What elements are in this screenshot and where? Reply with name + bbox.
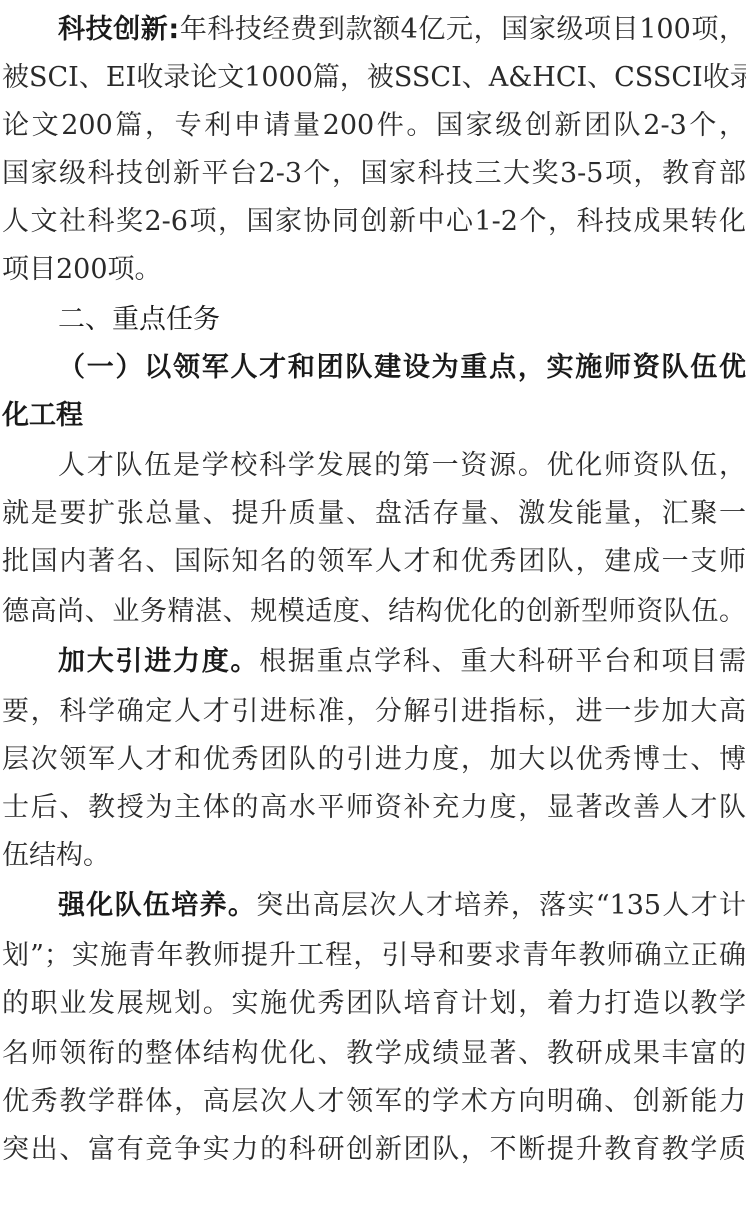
recruit-line-4: 士后、教授为主体的高水平师资补充力度，显著改善人才队 <box>2 788 746 828</box>
kpi-line-4: 国家级科技创新平台2-3个，国家科技三大奖3-5项，教育部 <box>2 154 746 194</box>
training-label: 强化队伍培养。 <box>58 890 256 921</box>
training-line-5: 优秀教学群体，高层次人才领军的学术方向明确、创新能力 <box>2 1082 746 1122</box>
recruit-label: 加大引进力度。 <box>58 646 259 677</box>
recruit-text: 根据重点学科、重大科研平台和项目需 <box>259 646 746 677</box>
kpi-line-2: 被SCI、EI收录论文1000篇，被SSCI、A&HCI、CSSCI收录 <box>2 58 746 98</box>
kpi-line-3: 论文200篇，专利申请量200件。国家级创新团队2-3个， <box>2 106 746 146</box>
training-line-4: 名师领衔的整体结构优化、教学成绩显著、教研成果丰富的 <box>2 1034 746 1074</box>
subsection-heading-line-2: 化工程 <box>2 396 746 436</box>
subsection-heading-line-1: （一）以领军人才和团队建设为重点，实施师资队伍优 <box>58 348 746 388</box>
kpi-text: 年科技经费到款额4亿元，国家级项目100项， <box>179 14 746 45</box>
training-line-1: 强化队伍培养。突出高层次人才培养，落实“135人才计 <box>58 886 746 926</box>
kpi-line-6: 项目200项。 <box>2 250 746 290</box>
recruit-line-2: 要，科学确定人才引进标准，分解引进指标，进一步加大高 <box>2 692 746 732</box>
document-page: 科技创新:年科技经费到款额4亿元，国家级项目100项， 被SCI、EI收录论文1… <box>0 0 750 1212</box>
section-heading: 二、重点任务 <box>58 300 746 340</box>
intro-line-4: 德高尚、业务精湛、规模适度、结构优化的创新型师资队伍。 <box>2 592 746 632</box>
intro-line-2: 就是要扩张总量、提升质量、盘活存量、激发能量，汇聚一 <box>2 494 746 534</box>
training-line-6: 突出、富有竞争实力的科研创新团队，不断提升教育教学质 <box>2 1130 746 1170</box>
training-text: 突出高层次人才培养，落实“135人才计 <box>256 890 746 921</box>
recruit-line-3: 层次领军人才和优秀团队的引进力度，加大以优秀博士、博 <box>2 740 746 780</box>
kpi-label: 科技创新: <box>58 14 179 45</box>
intro-line-1: 人才队伍是学校科学发展的第一资源。优化师资队伍， <box>58 446 746 486</box>
recruit-line-5: 伍结构。 <box>2 836 746 876</box>
intro-line-3: 批国内著名、国际知名的领军人才和优秀团队，建成一支师 <box>2 542 746 582</box>
kpi-line-1: 科技创新:年科技经费到款额4亿元，国家级项目100项， <box>58 10 746 50</box>
recruit-line-1: 加大引进力度。根据重点学科、重大科研平台和项目需 <box>58 642 746 682</box>
training-line-2: 划”；实施青年教师提升工程，引导和要求青年教师确立正确 <box>2 936 746 976</box>
kpi-line-5: 人文社科奖2-6项，国家协同创新中心1-2个，科技成果转化 <box>2 202 746 242</box>
training-line-3: 的职业发展规划。实施优秀团队培育计划，着力打造以教学 <box>2 984 746 1024</box>
